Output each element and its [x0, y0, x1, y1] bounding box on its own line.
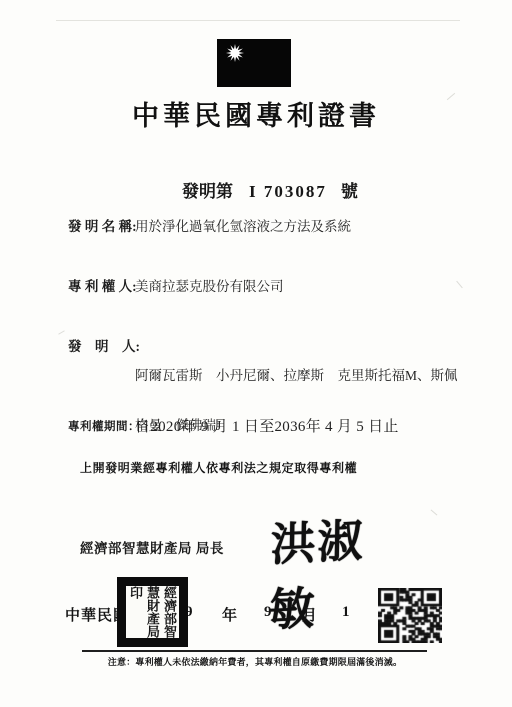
number-suffix: 號: [341, 182, 358, 201]
field-patent-term: 專利權期間： 自2020年 9 月 1 日至2036年 4 月 5 日止: [68, 415, 478, 436]
term-value: 自2020年 9 月 1 日至2036年 4 月 5 日止: [135, 415, 399, 436]
invention-name-label: 發 明 名 稱:: [68, 215, 135, 235]
footer-note: 注意：專利權人未依法繳納年費者，其專利權自原繳費期限屆滿後消滅。: [85, 655, 425, 668]
inventors-label: 發 明 人:: [68, 335, 135, 467]
date-year-unit: 年: [222, 604, 237, 625]
sun-icon: [225, 43, 245, 63]
scan-artifact: [431, 510, 438, 516]
inventors-line-1: 阿爾瓦雷斯 小丹尼爾、拉摩斯 克里斯托福M、斯佩: [135, 367, 458, 385]
date-month: 9: [264, 604, 272, 621]
inventors-value: 阿爾瓦雷斯 小丹尼爾、拉摩斯 克里斯托福M、斯佩 格曼 傑佛瑞J: [135, 335, 458, 467]
invention-name-value: 用於淨化過氧化氫溶液之方法及系統: [135, 215, 351, 235]
patent-number-line: 發明第I 703087號: [165, 157, 358, 222]
patentee-value: 美商拉瑟克股份有限公司: [135, 275, 284, 295]
patentee-label: 專 利 權 人:: [68, 275, 135, 295]
roc-flag: [217, 39, 291, 87]
term-label: 專利權期間：: [68, 415, 135, 436]
patent-number: I 703087: [249, 182, 327, 201]
field-inventors: 發 明 人: 阿爾瓦雷斯 小丹尼爾、拉摩斯 克里斯托福M、斯佩 格曼 傑佛瑞J: [68, 335, 478, 467]
qr-code: [378, 588, 442, 643]
official-seal-text: 經濟部智慧財產局印: [126, 586, 179, 638]
field-invention-name: 發 明 名 稱: 用於淨化過氧化氫溶液之方法及系統: [68, 215, 478, 235]
issuer-title: 經濟部智慧財產局 局長: [80, 537, 224, 557]
footer-divider: [82, 650, 427, 652]
field-patentee: 專 利 權 人: 美商拉瑟克股份有限公司: [68, 275, 478, 295]
patent-certificate-page: 中華民國專利證書 發明第I 703087號 發 明 名 稱: 用於淨化過氧化氫溶…: [0, 0, 512, 707]
scan-artifact: [56, 20, 460, 21]
certificate-title: 中華民國專利證書: [0, 94, 512, 133]
scan-artifact: [58, 330, 65, 334]
number-prefix: 發明第: [182, 182, 233, 201]
grant-statement: 上開發明業經專利權人依專利法之規定取得專利權: [80, 459, 357, 476]
date-month-unit: 月: [302, 604, 317, 625]
date-day: 1: [342, 604, 350, 621]
official-seal: 經濟部智慧財產局印: [117, 577, 188, 647]
